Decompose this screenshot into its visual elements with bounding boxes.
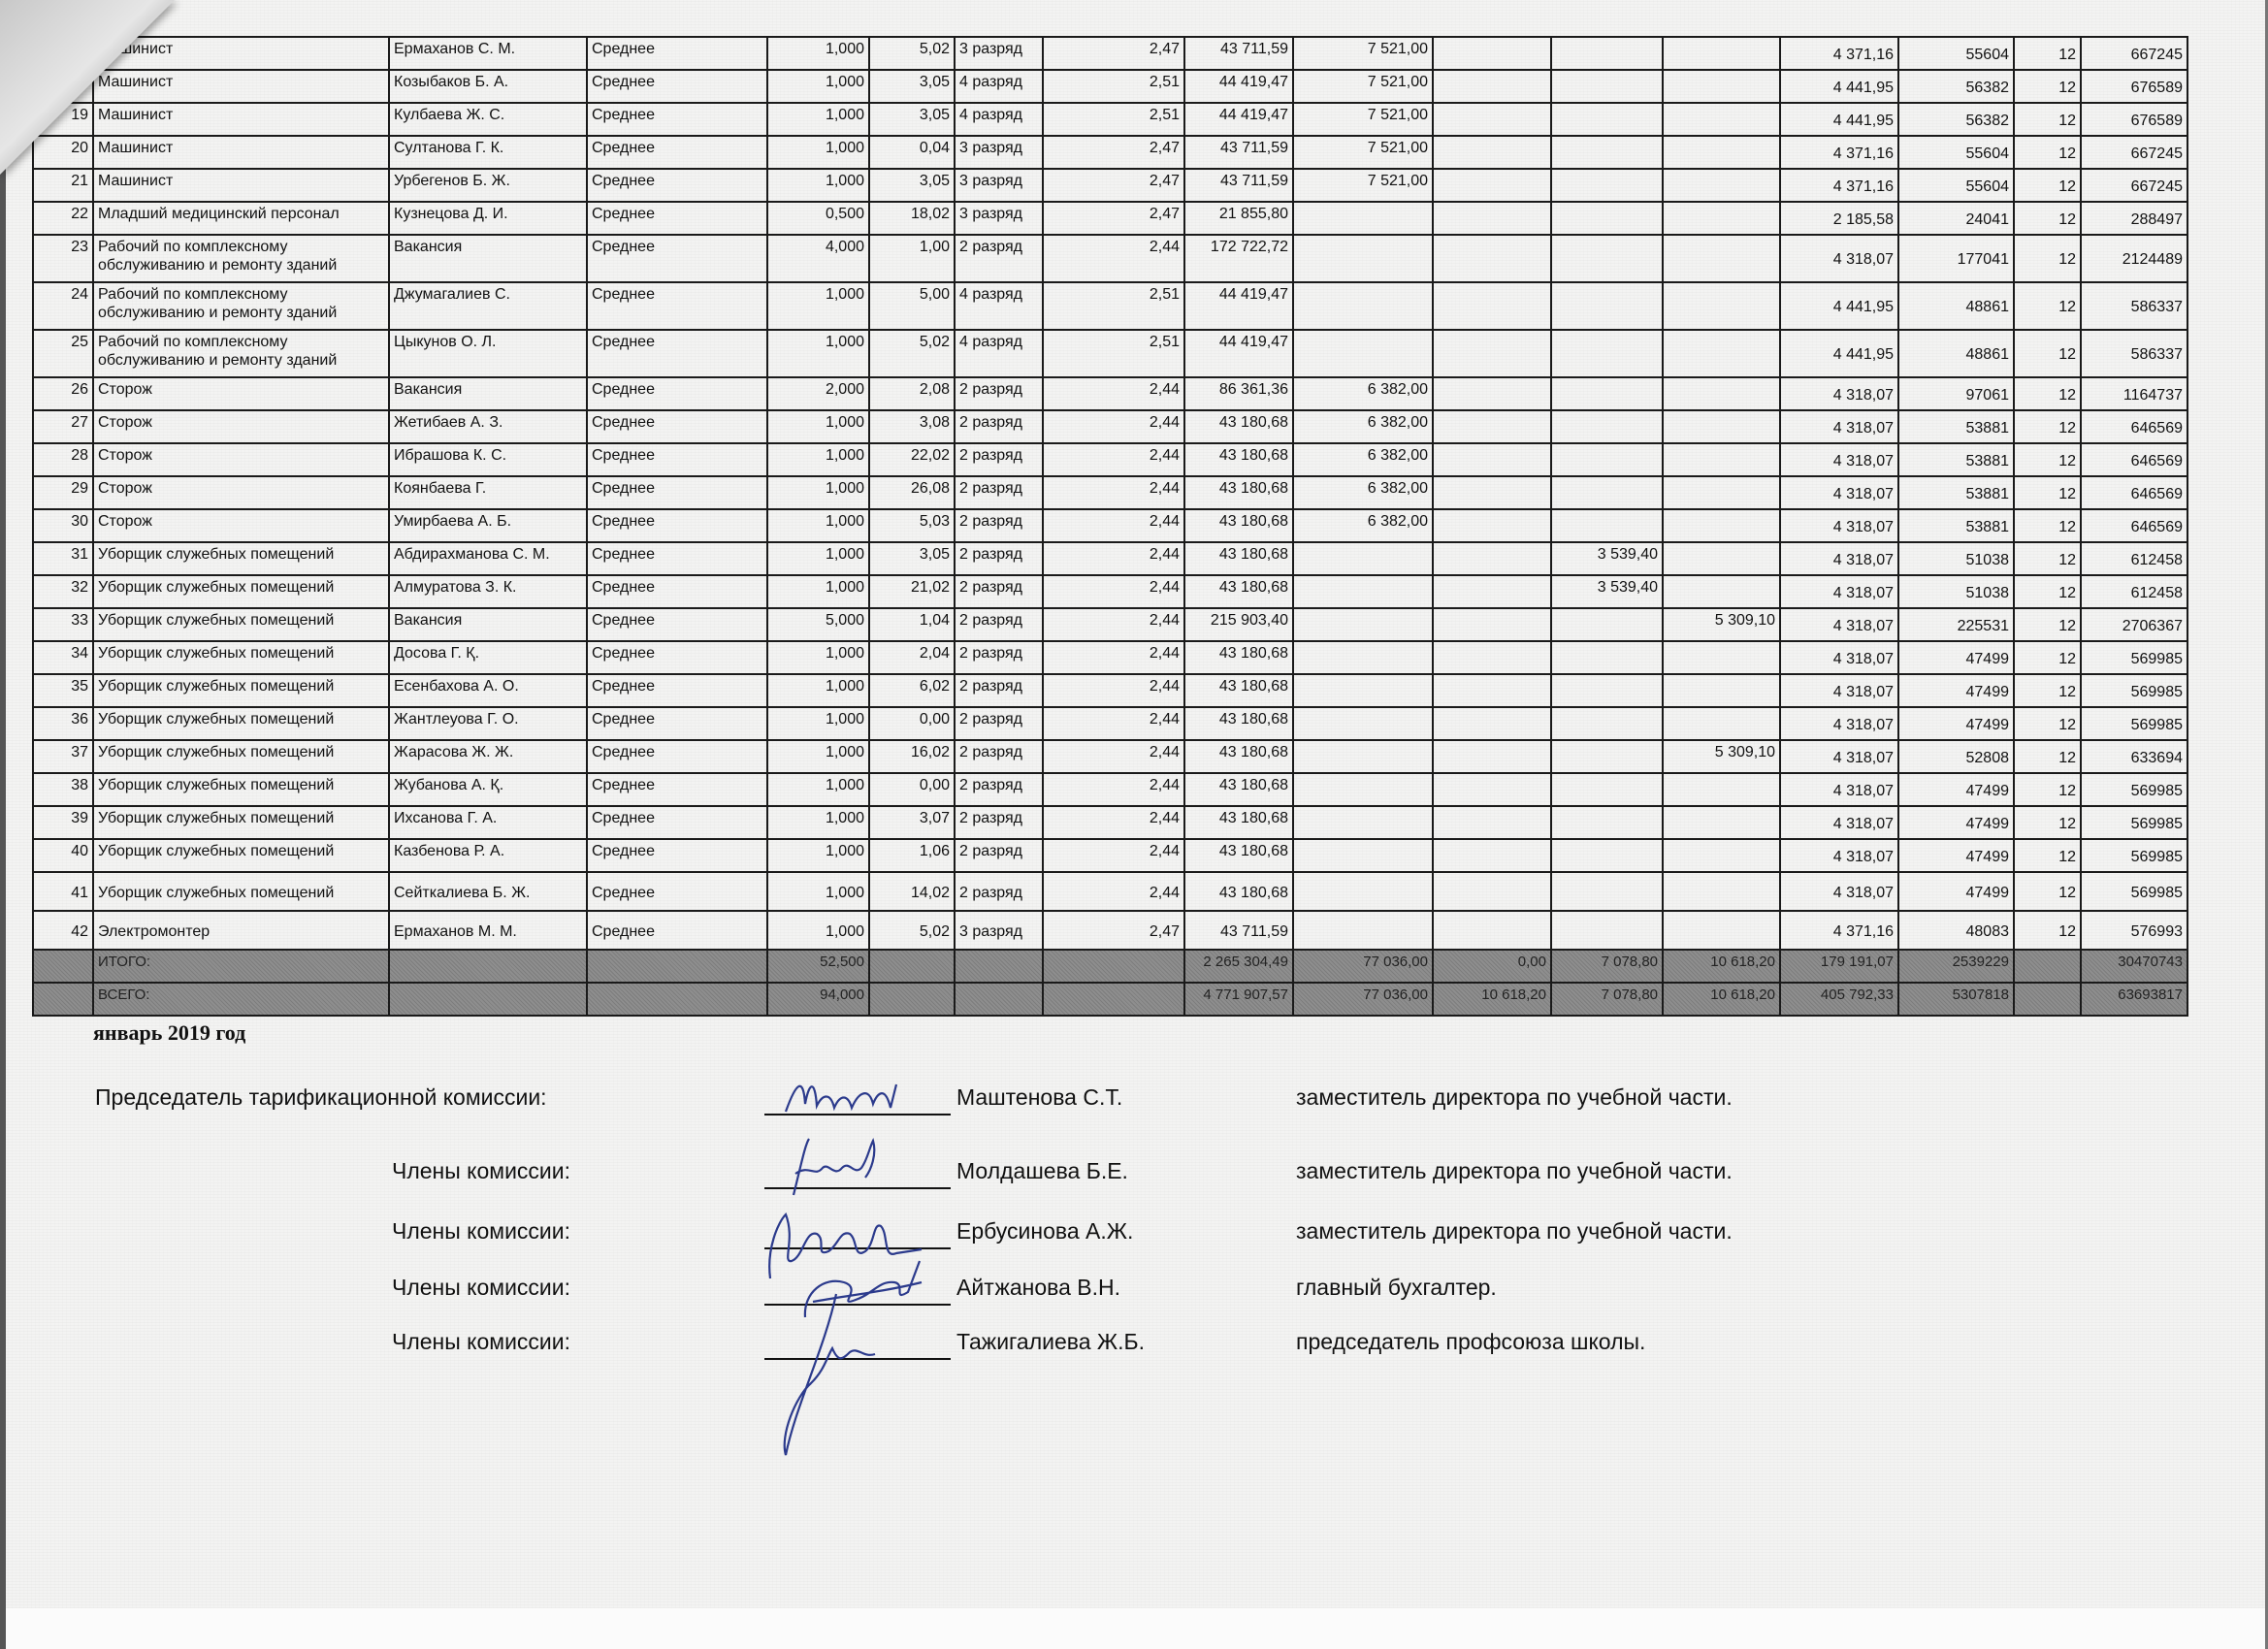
allowance-2-cell xyxy=(1433,773,1551,806)
allowance-5-cell: 4 318,07 xyxy=(1780,410,1898,443)
allowance-1-cell: 6 382,00 xyxy=(1293,476,1433,509)
name-cell: Жетибаев А. З. xyxy=(389,410,587,443)
rate-cell: 1,000 xyxy=(767,103,869,136)
education-cell: Среднее xyxy=(587,377,767,410)
row-number: 29 xyxy=(33,476,93,509)
monthly-total-cell: 97061 xyxy=(1898,377,2014,410)
education-cell: Среднее xyxy=(587,235,767,282)
position-cell: Уборщик служебных помещений xyxy=(93,542,389,575)
allowance-1-cell: 6 382,00 xyxy=(1293,410,1433,443)
allowance-3-cell xyxy=(1551,641,1663,674)
rate-cell: 2,000 xyxy=(767,377,869,410)
name-cell: Кулбаева Ж. С. xyxy=(389,103,587,136)
coefficient-cell: 2,44 xyxy=(1043,773,1184,806)
monthly-total-cell: 51038 xyxy=(1898,575,2014,608)
grade-cell: 2 разряд xyxy=(955,235,1043,282)
annual-total-cell: 586337 xyxy=(2081,282,2187,330)
total-allowance-5: 405 792,33 xyxy=(1780,983,1898,1016)
allowance-5-cell: 4 318,07 xyxy=(1780,377,1898,410)
allowance-5-cell: 4 318,07 xyxy=(1780,839,1898,872)
row-number: 23 xyxy=(33,235,93,282)
signatory-name: Молдашева Б.Е. xyxy=(956,1158,1128,1184)
grade-cell: 2 разряд xyxy=(955,608,1043,641)
signature-row: Члены комиссии:Айтжанова В.Н.главный бух… xyxy=(0,1275,2268,1313)
months-cell: 12 xyxy=(2014,330,2081,377)
experience-cell: 5,02 xyxy=(869,911,955,950)
table-row: 24Рабочий по комплексному обслуживанию и… xyxy=(33,282,2187,330)
row-number: 30 xyxy=(33,509,93,542)
name-cell: Козыбаков Б. А. xyxy=(389,70,587,103)
allowance-4-cell xyxy=(1663,330,1780,377)
table-row: 37Уборщик служебных помещенийЖарасова Ж.… xyxy=(33,740,2187,773)
education-cell: Среднее xyxy=(587,773,767,806)
months-cell: 12 xyxy=(2014,911,2081,950)
annual-total-cell: 586337 xyxy=(2081,330,2187,377)
monthly-total-cell: 225531 xyxy=(1898,608,2014,641)
allowance-5-cell: 4 318,07 xyxy=(1780,641,1898,674)
allowance-5-cell: 4 318,07 xyxy=(1780,872,1898,911)
base-salary-cell: 43 180,68 xyxy=(1184,509,1293,542)
allowance-2-cell xyxy=(1433,542,1551,575)
total-blank xyxy=(955,950,1043,983)
allowance-2-cell xyxy=(1433,806,1551,839)
table-row: 27СторожЖетибаев А. З.Среднее1,0003,082 … xyxy=(33,410,2187,443)
base-salary-cell: 43 711,59 xyxy=(1184,136,1293,169)
allowance-2-cell xyxy=(1433,674,1551,707)
base-salary-cell: 172 722,72 xyxy=(1184,235,1293,282)
table-row: 23Рабочий по комплексному обслуживанию и… xyxy=(33,235,2187,282)
experience-cell: 0,04 xyxy=(869,136,955,169)
row-number: 33 xyxy=(33,608,93,641)
monthly-total-cell: 48083 xyxy=(1898,911,2014,950)
coefficient-cell: 2,44 xyxy=(1043,235,1184,282)
monthly-total-cell: 48861 xyxy=(1898,330,2014,377)
allowance-1-cell xyxy=(1293,641,1433,674)
months-cell: 12 xyxy=(2014,806,2081,839)
rate-cell: 1,000 xyxy=(767,443,869,476)
base-salary-cell: 43 180,68 xyxy=(1184,839,1293,872)
grade-cell: 2 разряд xyxy=(955,377,1043,410)
rate-cell: 1,000 xyxy=(767,872,869,911)
row-number: 26 xyxy=(33,377,93,410)
signatory-name: Тажигалиева Ж.Б. xyxy=(956,1329,1145,1355)
name-cell: Казбенова Р. А. xyxy=(389,839,587,872)
rate-cell: 1,000 xyxy=(767,839,869,872)
base-salary-cell: 43 180,68 xyxy=(1184,806,1293,839)
base-salary-cell: 21 855,80 xyxy=(1184,202,1293,235)
row-number: 22 xyxy=(33,202,93,235)
coefficient-cell: 2,51 xyxy=(1043,282,1184,330)
name-cell: Ихсанова Г. А. xyxy=(389,806,587,839)
total-allowance-4: 10 618,20 xyxy=(1663,950,1780,983)
allowance-3-cell xyxy=(1551,740,1663,773)
rate-cell: 1,000 xyxy=(767,674,869,707)
education-cell: Среднее xyxy=(587,103,767,136)
rate-cell: 1,000 xyxy=(767,707,869,740)
base-salary-cell: 43 180,68 xyxy=(1184,674,1293,707)
annual-total-cell: 288497 xyxy=(2081,202,2187,235)
base-salary-cell: 43 180,68 xyxy=(1184,707,1293,740)
monthly-total-cell: 47499 xyxy=(1898,674,2014,707)
annual-total-cell: 569985 xyxy=(2081,872,2187,911)
allowance-4-cell xyxy=(1663,641,1780,674)
experience-cell: 5,02 xyxy=(869,330,955,377)
signatory-position: заместитель директора по учебной части. xyxy=(1296,1158,1733,1184)
row-number: 25 xyxy=(33,330,93,377)
monthly-total-cell: 56382 xyxy=(1898,70,2014,103)
allowance-4-cell xyxy=(1663,202,1780,235)
experience-cell: 2,04 xyxy=(869,641,955,674)
experience-cell: 21,02 xyxy=(869,575,955,608)
allowance-4-cell xyxy=(1663,707,1780,740)
rate-cell: 1,000 xyxy=(767,806,869,839)
row-number: 32 xyxy=(33,575,93,608)
annual-total-cell: 569985 xyxy=(2081,641,2187,674)
annual-total-cell: 646569 xyxy=(2081,443,2187,476)
coefficient-cell: 2,44 xyxy=(1043,740,1184,773)
allowance-4-cell xyxy=(1663,674,1780,707)
annual-total-cell: 646569 xyxy=(2081,410,2187,443)
months-cell: 12 xyxy=(2014,674,2081,707)
signature-row: Члены комиссии:Тажигалиева Ж.Б.председат… xyxy=(0,1329,2268,1368)
allowance-5-cell: 4 441,95 xyxy=(1780,330,1898,377)
experience-cell: 5,03 xyxy=(869,509,955,542)
signature-tazhigalieva-icon xyxy=(766,1290,922,1465)
allowance-5-cell: 4 318,07 xyxy=(1780,235,1898,282)
experience-cell: 6,02 xyxy=(869,674,955,707)
position-cell: Уборщик служебных помещений xyxy=(93,872,389,911)
allowance-3-cell xyxy=(1551,330,1663,377)
education-cell: Среднее xyxy=(587,707,767,740)
base-salary-cell: 43 180,68 xyxy=(1184,443,1293,476)
allowance-2-cell xyxy=(1433,330,1551,377)
annual-total-cell: 646569 xyxy=(2081,509,2187,542)
total-monthly: 2539229 xyxy=(1898,950,2014,983)
base-salary-cell: 44 419,47 xyxy=(1184,103,1293,136)
education-cell: Среднее xyxy=(587,509,767,542)
position-cell: Уборщик служебных помещений xyxy=(93,740,389,773)
education-cell: Среднее xyxy=(587,330,767,377)
table-row: 21МашинистУрбегенов Б. Ж.Среднее1,0003,0… xyxy=(33,169,2187,202)
allowance-3-cell xyxy=(1551,282,1663,330)
rate-cell: 1,000 xyxy=(767,509,869,542)
total-blank xyxy=(389,950,587,983)
allowance-5-cell: 4 318,07 xyxy=(1780,575,1898,608)
signatory-name: Ербусинова А.Ж. xyxy=(956,1218,1133,1245)
experience-cell: 3,05 xyxy=(869,169,955,202)
rate-cell: 1,000 xyxy=(767,330,869,377)
allowance-4-cell: 5 309,10 xyxy=(1663,740,1780,773)
rate-cell: 1,000 xyxy=(767,37,869,70)
signature-role: Члены комиссии: xyxy=(392,1218,570,1245)
annual-total-cell: 667245 xyxy=(2081,37,2187,70)
signatory-name: Маштенова С.Т. xyxy=(956,1084,1122,1111)
allowance-3-cell xyxy=(1551,674,1663,707)
grade-cell: 2 разряд xyxy=(955,773,1043,806)
rate-cell: 1,000 xyxy=(767,282,869,330)
allowance-5-cell: 4 441,95 xyxy=(1780,70,1898,103)
allowance-4-cell xyxy=(1663,476,1780,509)
base-salary-cell: 43 711,59 xyxy=(1184,37,1293,70)
table-row: 31Уборщик служебных помещенийАбдирахмано… xyxy=(33,542,2187,575)
allowance-1-cell xyxy=(1293,872,1433,911)
base-salary-cell: 43 711,59 xyxy=(1184,911,1293,950)
annual-total-cell: 569985 xyxy=(2081,707,2187,740)
position-cell: Рабочий по комплексному обслуживанию и р… xyxy=(93,282,389,330)
allowance-3-cell xyxy=(1551,235,1663,282)
scanner-bottom-strip xyxy=(0,1608,2268,1649)
table-row: 19МашинистКулбаева Ж. С.Среднее1,0003,05… xyxy=(33,103,2187,136)
months-cell: 12 xyxy=(2014,839,2081,872)
signature-row: Члены комиссии:Ербусинова А.Ж.заместител… xyxy=(0,1218,2268,1257)
monthly-total-cell: 48861 xyxy=(1898,282,2014,330)
total-blank xyxy=(1043,983,1184,1016)
monthly-total-cell: 56382 xyxy=(1898,103,2014,136)
allowance-2-cell xyxy=(1433,410,1551,443)
grade-cell: 2 разряд xyxy=(955,542,1043,575)
grade-cell: 4 разряд xyxy=(955,103,1043,136)
allowance-5-cell: 4 318,07 xyxy=(1780,476,1898,509)
table-row: 38Уборщик служебных помещенийЖубанова А.… xyxy=(33,773,2187,806)
position-cell: Сторож xyxy=(93,410,389,443)
allowance-3-cell: 3 539,40 xyxy=(1551,575,1663,608)
rate-cell: 1,000 xyxy=(767,911,869,950)
name-cell: Сейткалиева Б. Ж. xyxy=(389,872,587,911)
grade-cell: 2 разряд xyxy=(955,674,1043,707)
total-rate: 94,000 xyxy=(767,983,869,1016)
position-cell: Уборщик служебных помещений xyxy=(93,806,389,839)
name-cell: Цыкунов О. Л. xyxy=(389,330,587,377)
rate-cell: 1,000 xyxy=(767,169,869,202)
coefficient-cell: 2,47 xyxy=(1043,169,1184,202)
allowance-2-cell xyxy=(1433,740,1551,773)
table-row: 20МашинистСултанова Г. К.Среднее1,0000,0… xyxy=(33,136,2187,169)
table-row: 41Уборщик служебных помещенийСейткалиева… xyxy=(33,872,2187,911)
total-blank xyxy=(587,950,767,983)
coefficient-cell: 2,44 xyxy=(1043,608,1184,641)
rate-cell: 1,000 xyxy=(767,575,869,608)
allowance-2-cell xyxy=(1433,911,1551,950)
rate-cell: 4,000 xyxy=(767,235,869,282)
months-cell: 12 xyxy=(2014,443,2081,476)
rate-cell: 1,000 xyxy=(767,773,869,806)
monthly-total-cell: 47499 xyxy=(1898,707,2014,740)
base-salary-cell: 43 180,68 xyxy=(1184,542,1293,575)
grade-cell: 2 разряд xyxy=(955,707,1043,740)
monthly-total-cell: 53881 xyxy=(1898,410,2014,443)
base-salary-cell: 43 180,68 xyxy=(1184,872,1293,911)
coefficient-cell: 2,51 xyxy=(1043,330,1184,377)
annual-total-cell: 569985 xyxy=(2081,773,2187,806)
base-salary-cell: 43 180,68 xyxy=(1184,476,1293,509)
monthly-total-cell: 24041 xyxy=(1898,202,2014,235)
allowance-2-cell xyxy=(1433,476,1551,509)
base-salary-cell: 43 711,59 xyxy=(1184,169,1293,202)
allowance-3-cell: 3 539,40 xyxy=(1551,542,1663,575)
education-cell: Среднее xyxy=(587,575,767,608)
coefficient-cell: 2,47 xyxy=(1043,911,1184,950)
signatory-position: председатель профсоюза школы. xyxy=(1296,1329,1645,1355)
monthly-total-cell: 55604 xyxy=(1898,136,2014,169)
coefficient-cell: 2,47 xyxy=(1043,37,1184,70)
signature-role: Председатель тарификационной комиссии: xyxy=(95,1084,547,1111)
education-cell: Среднее xyxy=(587,136,767,169)
monthly-total-cell: 53881 xyxy=(1898,476,2014,509)
experience-cell: 22,02 xyxy=(869,443,955,476)
allowance-2-cell xyxy=(1433,70,1551,103)
total-allowance-4: 10 618,20 xyxy=(1663,983,1780,1016)
months-cell: 12 xyxy=(2014,202,2081,235)
annual-total-cell: 569985 xyxy=(2081,674,2187,707)
monthly-total-cell: 53881 xyxy=(1898,443,2014,476)
annual-total-cell: 576993 xyxy=(2081,911,2187,950)
months-cell: 12 xyxy=(2014,476,2081,509)
months-cell: 12 xyxy=(2014,235,2081,282)
allowance-1-cell: 7 521,00 xyxy=(1293,103,1433,136)
annual-total-cell: 569985 xyxy=(2081,806,2187,839)
education-cell: Среднее xyxy=(587,443,767,476)
name-cell: Жарасова Ж. Ж. xyxy=(389,740,587,773)
months-cell: 12 xyxy=(2014,872,2081,911)
allowance-3-cell xyxy=(1551,377,1663,410)
base-salary-cell: 43 180,68 xyxy=(1184,740,1293,773)
months-cell: 12 xyxy=(2014,608,2081,641)
total-allowance-2: 10 618,20 xyxy=(1433,983,1551,1016)
signature-role: Члены комиссии: xyxy=(392,1329,570,1355)
education-cell: Среднее xyxy=(587,674,767,707)
table-row: 35Уборщик служебных помещенийЕсенбахова … xyxy=(33,674,2187,707)
name-cell: Вакансия xyxy=(389,608,587,641)
name-cell: Коянбаева Г. xyxy=(389,476,587,509)
experience-cell: 1,04 xyxy=(869,608,955,641)
grade-cell: 3 разряд xyxy=(955,911,1043,950)
total-blank xyxy=(1043,950,1184,983)
signatory-position: главный бухгалтер. xyxy=(1296,1275,1497,1301)
months-cell: 12 xyxy=(2014,707,2081,740)
allowance-1-cell xyxy=(1293,202,1433,235)
total-blank xyxy=(2014,983,2081,1016)
allowance-2-cell xyxy=(1433,37,1551,70)
allowance-1-cell xyxy=(1293,608,1433,641)
months-cell: 12 xyxy=(2014,70,2081,103)
table-row: 36Уборщик служебных помещенийЖантлеуова … xyxy=(33,707,2187,740)
base-salary-cell: 86 361,36 xyxy=(1184,377,1293,410)
monthly-total-cell: 177041 xyxy=(1898,235,2014,282)
position-cell: Электромонтер xyxy=(93,911,389,950)
monthly-total-cell: 47499 xyxy=(1898,872,2014,911)
name-cell: Вакансия xyxy=(389,235,587,282)
row-number: 35 xyxy=(33,674,93,707)
allowance-3-cell xyxy=(1551,911,1663,950)
signature-role: Члены комиссии: xyxy=(392,1275,570,1301)
allowance-1-cell xyxy=(1293,911,1433,950)
allowance-1-cell xyxy=(1293,542,1433,575)
education-cell: Среднее xyxy=(587,911,767,950)
annual-total-cell: 2124489 xyxy=(2081,235,2187,282)
experience-cell: 1,06 xyxy=(869,839,955,872)
row-number: 28 xyxy=(33,443,93,476)
coefficient-cell: 2,44 xyxy=(1043,674,1184,707)
position-cell: Сторож xyxy=(93,377,389,410)
allowance-1-cell: 6 382,00 xyxy=(1293,377,1433,410)
table-row: 40Уборщик служебных помещенийКазбенова Р… xyxy=(33,839,2187,872)
position-cell: Уборщик служебных помещений xyxy=(93,839,389,872)
position-cell: Уборщик служебных помещений xyxy=(93,773,389,806)
period-label: январь 2019 год xyxy=(93,1020,245,1046)
experience-cell: 1,00 xyxy=(869,235,955,282)
allowance-5-cell: 4 371,16 xyxy=(1780,136,1898,169)
base-salary-cell: 43 180,68 xyxy=(1184,410,1293,443)
allowance-5-cell: 4 318,07 xyxy=(1780,443,1898,476)
allowance-4-cell: 5 309,10 xyxy=(1663,608,1780,641)
rate-cell: 1,000 xyxy=(767,740,869,773)
signature-row: Председатель тарификационной комиссии:Ма… xyxy=(0,1084,2268,1123)
allowance-4-cell xyxy=(1663,443,1780,476)
table-row: 28СторожИбрашова К. С.Среднее1,00022,022… xyxy=(33,443,2187,476)
experience-cell: 3,07 xyxy=(869,806,955,839)
allowance-4-cell xyxy=(1663,377,1780,410)
coefficient-cell: 2,44 xyxy=(1043,839,1184,872)
allowance-4-cell xyxy=(1663,509,1780,542)
row-number: 24 xyxy=(33,282,93,330)
allowance-5-cell: 4 318,07 xyxy=(1780,542,1898,575)
total-blank xyxy=(869,983,955,1016)
annual-total-cell: 1164737 xyxy=(2081,377,2187,410)
allowance-5-cell: 4 318,07 xyxy=(1780,806,1898,839)
allowance-3-cell xyxy=(1551,509,1663,542)
education-cell: Среднее xyxy=(587,641,767,674)
name-cell: Умирбаева А. Б. xyxy=(389,509,587,542)
total-allowance-3: 7 078,80 xyxy=(1551,950,1663,983)
experience-cell: 3,05 xyxy=(869,542,955,575)
education-cell: Среднее xyxy=(587,740,767,773)
subtotal-row: ИТОГО:52,5002 265 304,4977 036,000,007 0… xyxy=(33,950,2187,983)
months-cell: 12 xyxy=(2014,103,2081,136)
rate-cell: 1,000 xyxy=(767,70,869,103)
allowance-1-cell xyxy=(1293,575,1433,608)
months-cell: 12 xyxy=(2014,542,2081,575)
allowance-1-cell xyxy=(1293,674,1433,707)
grade-cell: 2 разряд xyxy=(955,806,1043,839)
position-cell: Уборщик служебных помещений xyxy=(93,575,389,608)
row-number: 37 xyxy=(33,740,93,773)
allowance-3-cell xyxy=(1551,410,1663,443)
signatory-position: заместитель директора по учебной части. xyxy=(1296,1084,1733,1111)
allowance-1-cell xyxy=(1293,235,1433,282)
allowance-4-cell xyxy=(1663,136,1780,169)
total-label: ВСЕГО: xyxy=(93,983,389,1016)
table-row: 39Уборщик служебных помещенийИхсанова Г.… xyxy=(33,806,2187,839)
allowance-5-cell: 4 318,07 xyxy=(1780,608,1898,641)
coefficient-cell: 2,51 xyxy=(1043,70,1184,103)
allowance-3-cell xyxy=(1551,608,1663,641)
rate-cell: 1,000 xyxy=(767,542,869,575)
allowance-3-cell xyxy=(1551,707,1663,740)
allowance-3-cell xyxy=(1551,872,1663,911)
allowance-2-cell xyxy=(1433,282,1551,330)
grade-cell: 3 разряд xyxy=(955,37,1043,70)
allowance-2-cell xyxy=(1433,608,1551,641)
total-blank xyxy=(2014,950,2081,983)
allowance-4-cell xyxy=(1663,37,1780,70)
allowance-4-cell xyxy=(1663,773,1780,806)
allowance-1-cell: 7 521,00 xyxy=(1293,136,1433,169)
allowance-3-cell xyxy=(1551,443,1663,476)
grade-cell: 2 разряд xyxy=(955,509,1043,542)
base-salary-cell: 44 419,47 xyxy=(1184,282,1293,330)
coefficient-cell: 2,44 xyxy=(1043,410,1184,443)
allowance-2-cell xyxy=(1433,509,1551,542)
